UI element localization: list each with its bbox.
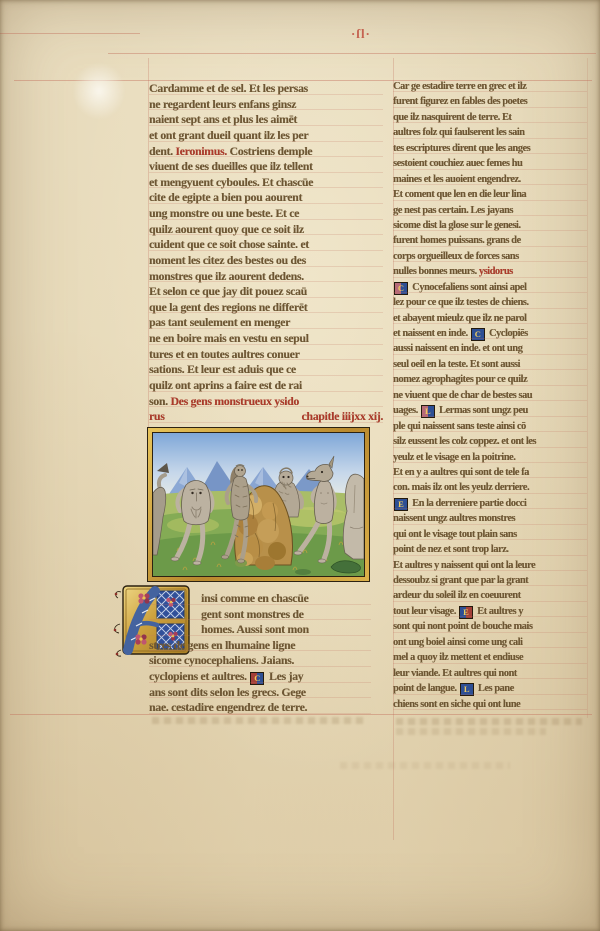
bleedthrough-text [340,762,510,769]
text-segment: ardeur du soleil ilz en coeuurent [393,590,521,601]
text-line: con. mais ilz ont les yeulz derriere. [393,480,587,495]
text-segment: et mengyuent cyboules. Et chascūe [149,175,313,189]
text-segment: Cyclopiēs [487,328,528,339]
text-line: et mengyuent cyboules. Et chascūe [149,175,383,191]
text-line: viuent de ses dueilles que ilz tellent [149,159,383,175]
manuscript-page: ·ſl· Cardamme et de sel. Et les persasne… [0,0,600,931]
text-line: insi comme en chascūe [149,591,371,607]
champ-initial: L [421,405,435,418]
text-segment: sicome dist la glose sur le genesi. [393,220,521,231]
filigree-sprigs [115,592,121,657]
text-segment: Lermas sont ungz peu [437,405,528,416]
parchment-stain [72,62,126,120]
text-line: sont qui nont point de bouche mais [393,619,587,634]
text-line: ans sont dits selon les grecs. Gege [149,685,371,701]
text-line: ne regardent leurs enfans ginsz [149,97,383,113]
text-segment: aussi naissent en inde. et ont ung [393,343,522,354]
text-line: ge nest pas certain. Les jayans [393,203,587,218]
text-segment: sicome cynocephaliens. Jaians. [149,653,294,667]
text-line: ne viuent que de char de bestes sau [393,388,587,403]
text-segment: qui ont le visage tout plain sans [393,529,517,540]
text-line: nomez agrophagites pour ce quilz [393,372,587,387]
text-line: Et aultres y naissent qui ont la leure [393,558,587,573]
text-line: quilz aourent quoy que ce soit ilz [149,222,383,238]
text-segment: sations. Et leur est aduis que ce [149,362,296,376]
text-segment: ge nest pas certain. Les jayans [393,205,513,216]
text-line: furent figurez en fables des poetes [393,94,587,109]
text-line: que la gent des regions ne differēt [149,300,383,316]
text-segment: point de langue. [393,683,459,694]
bleedthrough-text [396,718,582,725]
text-segment: mel a quoy ilz mettent et endiuse [393,652,523,663]
text-line: point de langue. L Les pane [393,681,587,696]
text-line: et ont grant dueil quant ilz les per [149,128,383,144]
text-segment: gent sont monstres de [201,607,304,621]
text-segment: que ilz nasquirent de terre. Et [393,112,511,123]
text-segment: corps orgueilleux de forces sans [393,251,519,262]
rubric-text: Ieronimus. [175,144,227,158]
rubric-text: rus [149,409,165,425]
text-line: ung monstre ou une beste. Et ce [149,206,383,222]
text-line: nulles bonnes meurs. ysidorus [393,264,587,279]
text-segment: ans sont dits selon les grecs. Gege [149,685,306,699]
text-segment: Car ge estadire terre en grec et ilz [393,81,526,92]
text-line: et naissent en inde. C Cyclopiēs [393,326,587,341]
miniature-frame [147,427,370,582]
text-segment: Les jay [266,669,303,683]
rubric-text: Des gens monstrueux ysido [170,394,299,408]
text-line: silz eussent les colz coppez. et ont les [393,434,587,449]
text-line: furent homes puissans. grans de [393,233,587,248]
text-line: ne en boire mais en vestu en sepul [149,331,383,347]
rear-facing-figure [343,474,364,559]
text-line: Et selon ce que jay dit pouez scaū [149,284,383,300]
text-segment: quilz aourent quoy que ce soit ilz [149,222,304,236]
text-segment: naissent ungz aultres monstres [393,513,515,524]
text-segment: ple qui naissent sans teste ainsi cō [393,421,526,432]
folio-mark: ·ſl· [351,26,371,42]
text-line: nae. cestadire engendrez de terre. [149,700,371,716]
text-column-right: Car ge estadire terre en grec et ilzfure… [393,79,587,712]
text-line: point de nez et sont trop larz. [393,542,587,557]
text-segment: Cardamme et de sel. Et les persas [149,81,308,95]
text-line: ont ung boiel ainsi come ung cali [393,635,587,650]
text-segment: furent figurez en fables des poetes [393,96,527,107]
miniature-painting [153,433,364,576]
text-line: Et en y a aultres qui sont de tele fa [393,465,587,480]
text-segment: Et selon ce que jay dit pouez scaū [149,284,307,298]
text-segment: yeulz et le visage en la poitrine. [393,452,515,463]
text-segment: Les pane [476,683,514,694]
text-line: ardeur du soleil ilz en coeuurent [393,588,587,603]
text-segment: con. mais ilz ont les yeulz derriere. [393,482,529,493]
text-segment: silz eussent les colz coppez. et ont les [393,436,536,447]
text-segment: et naissent en inde. [393,328,470,339]
text-segment: Costriens demple [227,144,312,158]
text-line: C Cynocefaliens sont ainsi apel [393,280,587,295]
text-segment: et ont grant dueil quant ilz les per [149,128,308,142]
text-line: son. Des gens monstrueux ysido [149,394,383,410]
text-segment: aultres folz qui faulserent les sain [393,127,525,138]
text-segment: point de nez et sont trop larz. [393,544,508,555]
text-line: E En la derreniere partie docci [393,496,587,511]
text-line: dessoubz si grant que par la grant [393,573,587,588]
text-segment: seul oeil en la teste. Et sont aussi [393,359,520,370]
text-segment: monstres que ilz aourent dedens. [149,269,304,283]
text-segment: nulles bonnes meurs. [393,266,479,277]
text-line: quilz ont aprins a faire est de rai [149,378,383,394]
text-segment: ne en boire mais en vestu en sepul [149,331,309,345]
bleedthrough-text [152,717,364,724]
text-line: dent. Ieronimus. Costriens demple [149,144,383,160]
text-line: aussi naissent en inde. et ont ung [393,341,587,356]
text-line: Cardamme et de sel. Et les persas [149,81,383,97]
text-segment: ont ung boiel ainsi come ung cali [393,637,522,648]
text-line: stres de gens en lhumaine ligne [149,638,371,654]
text-line: sicome cynocephaliens. Jaians. [149,653,371,669]
text-segment: viuent de ses dueilles que ilz tellent [149,159,313,173]
text-segment: que la gent des regions ne differēt [149,300,307,314]
text-line: sations. Et leur est aduis que ce [149,362,383,378]
text-segment: lez pour ce que ilz testes de chiens. [393,297,529,308]
text-line: sicome dist la glose sur le genesi. [393,218,587,233]
text-line: mel a quoy ilz mettent et endiuse [393,650,587,665]
text-segment: cite de egipte a bien pou aourent [149,190,302,204]
text-line: tes escriptures dirent que les anges [393,141,587,156]
text-line: gent sont monstres de [149,607,371,623]
text-line: noment les citez des bestes ou des [149,253,383,269]
text-segment: uages. [393,405,420,416]
text-segment: cuident que ce soit chose sainte. et [149,237,309,251]
text-segment: homes. Aussi sont mon [201,622,309,636]
text-segment: quilz ont aprins a faire est de rai [149,378,302,392]
text-segment: tures et en toutes aultres conuer [149,347,300,361]
text-segment: noment les citez des bestes ou des [149,253,306,267]
text-segment: leur viande. Et aultres qui nont [393,668,517,679]
text-line: naient sept ans et plus les aimēt [149,112,383,128]
text-segment: nomez agrophagites pour ce quilz [393,374,527,385]
text-segment: naient sept ans et plus les aimēt [149,112,297,126]
text-line: lez pour ce que ilz testes de chiens. [393,295,587,310]
text-column-left-below: insi comme en chascūegent sont monstres … [149,591,371,716]
champ-initial: C [250,672,264,685]
text-segment: insi comme en chascūe [201,591,308,605]
text-line: cuident que ce soit chose sainte. et [149,237,383,253]
text-segment: pas tant seulement en menger [149,315,290,329]
rubric-text: chapitle iiijxx xij. [302,409,384,425]
text-line: cyclopiens et aultres. C Les jay [149,669,371,685]
text-line: que ilz nasquirent de terre. Et [393,110,587,125]
text-segment: tes escriptures dirent que les anges [393,143,530,154]
text-line: naissent ungz aultres monstres [393,511,587,526]
text-line: yeulz et le visage en la poitrine. [393,450,587,465]
text-segment: ne regardent leurs enfans ginsz [149,97,296,111]
text-line: cite de egipte a bien pou aourent [149,190,383,206]
text-line: monstres que ilz aourent dedens. [149,269,383,285]
text-line: homes. Aussi sont mon [149,622,371,638]
text-line: corps orgueilleux de forces sans [393,249,587,264]
champ-initial: E [394,498,408,511]
champ-initial: C [471,328,485,341]
text-segment: Et en y a aultres qui sont de tele fa [393,467,529,478]
miniature [152,432,365,577]
champ-initial: L [460,683,474,696]
text-line: ruschapitle iiijxx xij. [149,409,383,425]
ruling-line [108,53,596,54]
text-segment: Et aultres y naissent qui ont la leure [393,560,535,571]
text-line: pas tant seulement en menger [149,315,383,331]
text-column-left: Cardamme et de sel. Et les persasne rega… [149,81,383,425]
champ-initial: E [459,606,473,619]
text-line: seul oeil en la teste. Et sont aussi [393,357,587,372]
text-segment: tout leur visage. [393,606,458,617]
ruling-line [0,33,140,34]
text-segment: et abayent mieulz que ilz ne parol [393,313,526,324]
text-line: Car ge estadire terre en grec et ilz [393,79,587,94]
text-line: Et coment que len en die leur lina [393,187,587,202]
text-line: aultres folz qui faulserent les sain [393,125,587,140]
text-line: qui ont le visage tout plain sans [393,527,587,542]
text-segment: Et aultres y [475,606,523,617]
text-line: tures et en toutes aultres conuer [149,347,383,363]
text-segment: En la derreniere partie docci [410,498,526,509]
text-segment: Et coment que len en die leur lina [393,189,526,200]
text-segment: dent. [149,144,175,158]
ruling-line [587,58,588,718]
text-segment: sestoient couchiez auec femes hu [393,158,522,169]
text-segment: Cynocefaliens sont ainsi apel [410,282,526,293]
text-line: tout leur visage. E Et aultres y [393,604,587,619]
text-segment: furent homes puissans. grans de [393,235,521,246]
text-segment: maines et les auoient engendrez. [393,174,521,185]
text-segment: nae. cestadire engendrez de terre. [149,700,307,714]
text-line: maines et les auoient engendrez. [393,172,587,187]
text-segment: chiens sont en siche qui ont lune [393,699,520,710]
text-line: ple qui naissent sans teste ainsi cō [393,419,587,434]
text-segment: stres de gens en lhumaine ligne [149,638,295,652]
text-segment: ung monstre ou une beste. Et ce [149,206,299,220]
text-line: leur viande. Et aultres qui nont [393,666,587,681]
text-segment: dessoubz si grant que par la grant [393,575,528,586]
champ-initial: C [394,282,408,295]
text-line: sestoient couchiez auec femes hu [393,156,587,171]
bleedthrough-text [396,728,546,735]
text-line: uages. L Lermas sont ungz peu [393,403,587,418]
text-segment: cyclopiens et aultres. [149,669,249,683]
rubric-text: ysidorus [479,266,513,277]
text-segment: sont qui nont point de bouche mais [393,621,532,632]
text-segment: ne viuent que de char de bestes sau [393,390,532,401]
text-segment: son. [149,394,170,408]
text-line: et abayent mieulz que ilz ne parol [393,311,587,326]
text-line: chiens sont en siche qui ont lune [393,697,587,712]
